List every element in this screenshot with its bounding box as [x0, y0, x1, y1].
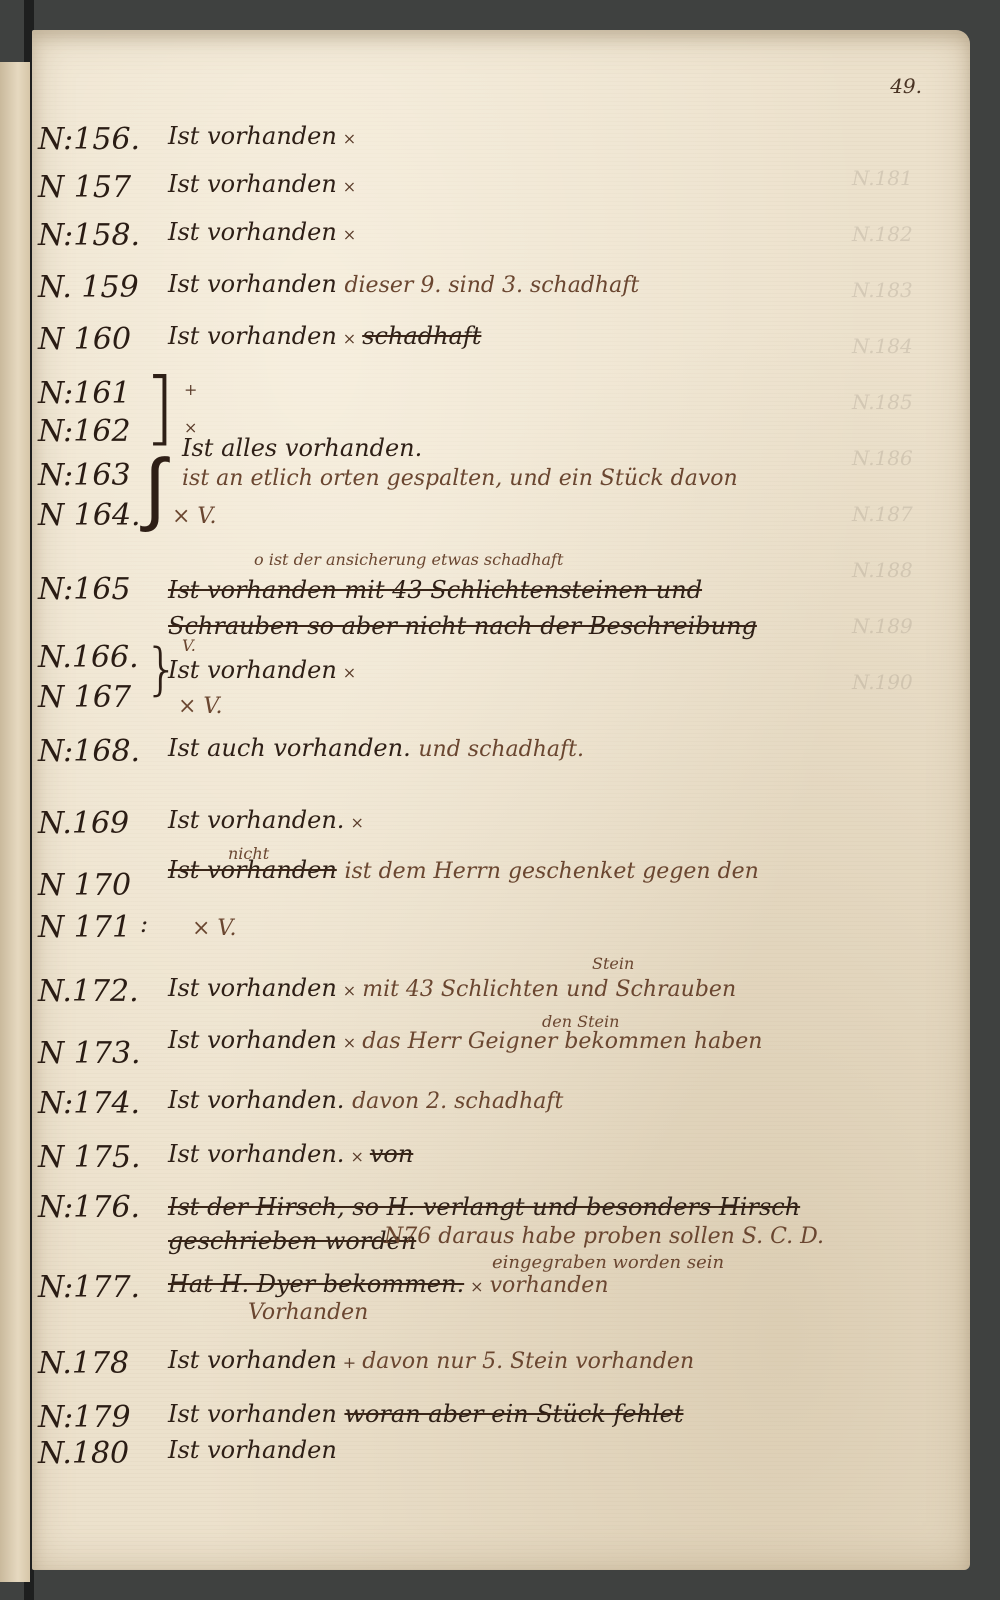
entry-text: Ist vorhanden. davon 2. schadhaft — [168, 1086, 563, 1114]
entry-number: N 167 — [38, 680, 148, 715]
entry-number: N:161 — [38, 376, 148, 411]
entry-number: N 164. — [38, 498, 148, 533]
entry-number: N 160 — [38, 322, 148, 357]
entry-text: Ist vorhanden — [168, 1436, 337, 1464]
entry-number: N.178 — [38, 1346, 148, 1381]
entry-number: N:162 — [38, 414, 148, 449]
entry-number: N. 159 — [38, 270, 148, 305]
entry-text: Ist auch vorhanden. und schadhaft. — [168, 734, 584, 762]
entry-number: N 157 — [38, 170, 148, 205]
entry-mark: × V. — [172, 504, 216, 529]
entry-mark: × V. — [192, 916, 236, 941]
entry-number: N:174. — [38, 1086, 148, 1121]
entry-note: Vorhanden — [248, 1300, 368, 1325]
entry-text: Ist alles vorhanden. — [182, 434, 422, 462]
entry-number: N.180 — [38, 1436, 148, 1471]
entry-text: Ist vorhanden.× — [168, 806, 370, 834]
entry-text: Ist vorhanden× — [168, 170, 362, 198]
entry-text: Ist vorhanden×schadhaft — [168, 322, 481, 350]
entry-number: N:177. — [38, 1270, 148, 1305]
entry-text: Ist vorhanden×das Herr Geigner bekommen … — [168, 1026, 762, 1054]
entry-text: Ist vorhanden woran aber ein Stück fehle… — [168, 1400, 683, 1428]
entry-note: N76 daraus habe proben sollen S. C. D. — [384, 1224, 824, 1249]
entry-text: Ist vorhanden.×von — [168, 1140, 413, 1168]
bleed-through-text: N.181N.182N.183N.184N.185N.186N.187N.188… — [852, 150, 972, 710]
entry-number: N.166. — [38, 640, 148, 675]
interlinear-note: Stein — [592, 954, 634, 973]
entry-number: N:179 — [38, 1400, 148, 1435]
entry-number: N:168. — [38, 734, 148, 769]
entry-text: Hat H. Dyer bekommen.×vorhanden — [168, 1270, 609, 1298]
bracket: } — [144, 642, 180, 698]
interlinear-note: V. — [182, 636, 196, 655]
manuscript-page: 49. N.181N.182N.183N.184N.185N.186N.187N… — [32, 30, 970, 1570]
entry-number: N:158. — [38, 218, 148, 253]
entry-number: N.169 — [38, 806, 148, 841]
entry-note: ist an etlich orten gespalten, und ein S… — [182, 466, 738, 491]
entry-number: N:163 — [38, 458, 148, 493]
entry-number: N 173. — [38, 1036, 148, 1071]
facing-page-edge — [0, 62, 30, 1582]
entry-number: N 171 — [38, 910, 148, 945]
entry-number: N 175. — [38, 1140, 148, 1175]
entry-text: Ist vorhanden× — [168, 218, 362, 246]
interlinear-note: o ist der ansicherung etwas schadhaft — [254, 550, 563, 569]
entry-text: Ist vorhanden× — [168, 122, 362, 150]
entry-text: Ist vorhanden ist dem Herrn geschenket g… — [168, 856, 759, 884]
entry-text: Ist vorhanden×mit 43 Schlichten und Schr… — [168, 974, 736, 1002]
folio-number: 49. — [890, 74, 922, 98]
entry-number: N:156. — [38, 122, 148, 157]
entry-text: Ist vorhanden dieser 9. sind 3. schadhaf… — [168, 270, 639, 298]
entry-number: N:165 — [38, 572, 148, 607]
entry-number: N.172. — [38, 974, 148, 1009]
bracket: ] — [144, 368, 175, 448]
entry-text: Ist vorhanden× — [168, 656, 362, 684]
entry-mark: × V. — [178, 694, 222, 719]
entry-text: Ist vorhanden+davon nur 5. Stein vorhand… — [168, 1346, 694, 1374]
entry-number: N:176. — [38, 1190, 148, 1225]
entry-number: N 170 — [38, 868, 148, 903]
entry-text-struck: Ist vorhanden mit 43 Schlichtensteinen u… — [168, 572, 788, 644]
entry-separator: : — [140, 910, 148, 938]
